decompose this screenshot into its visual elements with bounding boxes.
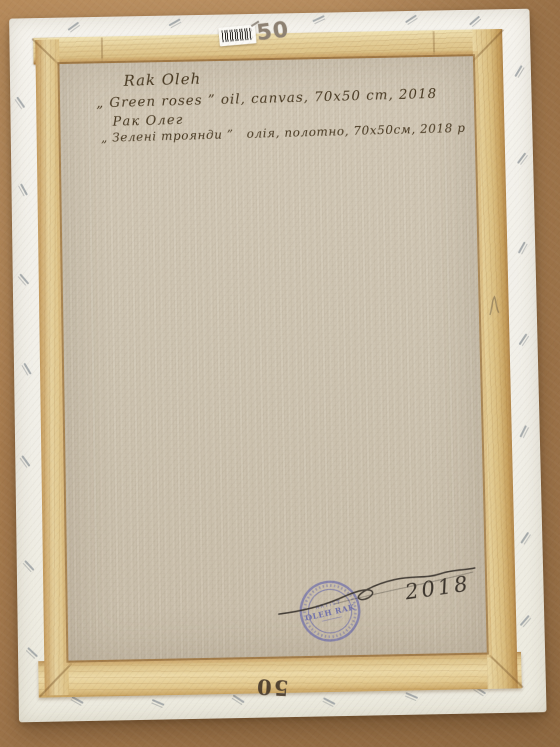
staple-mark — [519, 425, 527, 438]
staple-mark — [152, 699, 165, 706]
staple-mark — [67, 22, 79, 31]
staple-mark — [520, 532, 529, 544]
stretcher-key-line — [101, 38, 103, 63]
stretched-canvas-back: Rak Oleh „ Green roses ” oil, canvas, 70… — [9, 9, 546, 723]
staple-mark — [517, 152, 526, 163]
staple-mark — [312, 15, 325, 22]
inscription-artist-ua: Рак Олег — [112, 113, 183, 130]
staple-mark — [19, 273, 29, 284]
staple-mark — [20, 183, 28, 195]
staple-mark — [405, 692, 418, 699]
staple-mark — [469, 16, 480, 26]
barcode-sticker — [218, 25, 256, 47]
staple-mark — [514, 65, 522, 77]
staple-mark — [24, 560, 34, 571]
staple-mark — [405, 15, 417, 24]
pencil-scribble-mark — [486, 293, 503, 319]
inscription-title-en: „ Green roses ” oil, canvas, 70x50 cm, 2… — [96, 86, 437, 111]
photo-back-of-painting: Rak Oleh „ Green roses ” oil, canvas, 70… — [0, 0, 560, 747]
size-stamp-bottom: 50 — [254, 674, 289, 701]
staple-mark — [519, 333, 528, 345]
staple-mark — [168, 18, 180, 26]
staple-mark — [16, 97, 25, 109]
staple-mark — [520, 615, 530, 626]
inscription-artist-en: Rak Oleh — [123, 70, 201, 90]
staple-mark — [21, 455, 30, 467]
staple-mark — [27, 647, 38, 657]
staple-mark — [233, 694, 245, 703]
staple-mark — [323, 697, 336, 705]
linen-canvas-back: Rak Oleh „ Green roses ” oil, canvas, 70… — [59, 56, 486, 660]
size-stamp-top: 50 — [255, 18, 290, 46]
staple-mark — [518, 241, 526, 253]
staple-mark — [71, 696, 83, 704]
staple-mark — [23, 363, 31, 375]
